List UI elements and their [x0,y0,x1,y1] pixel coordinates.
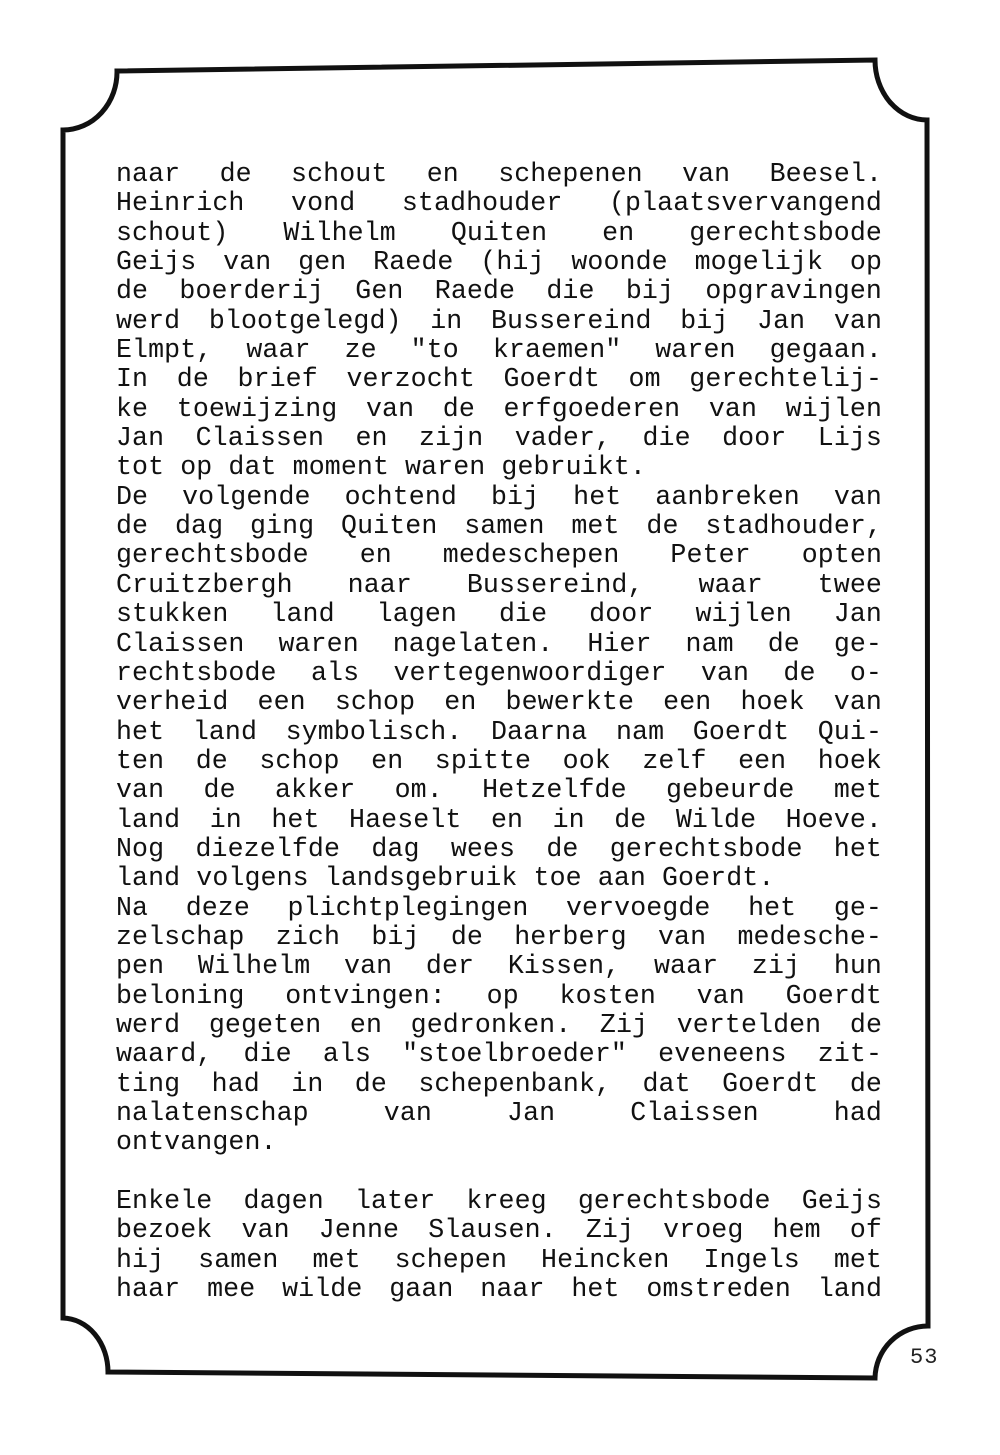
text-line: land in het Haeselt en in de Wilde Hoeve… [116,806,882,835]
text-line: tot op dat moment waren gebruikt. [116,453,882,482]
text-line: Cruitzbergh naar Bussereind, waar twee [116,571,882,600]
text-line: Elmpt, waar ze "to kraemen" waren gegaan… [116,336,882,365]
text-line: ting had in de schepenbank, dat Goerdt d… [116,1070,882,1099]
text-line: verheid een schop en bewerkte een hoek v… [116,688,882,717]
text-line: Jan Claissen en zijn vader, die door Lij… [116,424,882,453]
text-line: naar de schout en schepenen van Beesel. [116,160,882,189]
blank-line [116,1158,882,1187]
text-line: Geijs van gen Raede (hij woonde mogelijk… [116,248,882,277]
text-line: waard, die als "stoelbroeder" eveneens z… [116,1040,882,1069]
text-line: bezoek van Jenne Slausen. Zij vroeg hem … [116,1216,882,1245]
text-line: Heinrich vond stadhouder (plaatsvervange… [116,189,882,218]
text-line: ontvangen. [116,1128,882,1157]
text-line: van de akker om. Hetzelfde gebeurde met [116,776,882,805]
text-line: land volgens landsgebruik toe aan Goerdt… [116,864,882,893]
text-line: zelschap zich bij de herberg van medesch… [116,923,882,952]
text-line: gerechtsbode en medeschepen Peter opten [116,541,882,570]
text-line: werd blootgelegd) in Bussereind bij Jan … [116,307,882,336]
text-line: hij samen met schepen Heincken Ingels me… [116,1246,882,1275]
text-line: werd gegeten en gedronken. Zij vertelden… [116,1011,882,1040]
text-line: de dag ging Quiten samen met de stadhoud… [116,512,882,541]
text-line: stukken land lagen die door wijlen Jan [116,600,882,629]
text-line: het land symbolisch. Daarna nam Goerdt Q… [116,718,882,747]
text-line: nalatenschap van Jan Claissen had [116,1099,882,1128]
page-number: 53 [910,1345,938,1370]
body-text: naar de schout en schepenen van Beesel.H… [116,160,882,1304]
text-line: haar mee wilde gaan naar het omstreden l… [116,1275,882,1304]
text-line: Nog diezelfde dag wees de gerechtsbode h… [116,835,882,864]
text-line: rechtsbode als vertegenwoordiger van de … [116,659,882,688]
text-line: Enkele dagen later kreeg gerechtsbode Ge… [116,1187,882,1216]
text-line: pen Wilhelm van der Kissen, waar zij hun [116,952,882,981]
text-line: schout) Wilhelm Quiten en gerechtsbode [116,219,882,248]
text-line: ke toewijzing van de erfgoederen van wij… [116,395,882,424]
text-line: Na deze plichtplegingen vervoegde het ge… [116,894,882,923]
text-line: In de brief verzocht Goerdt om gerechtel… [116,365,882,394]
text-line: Claissen waren nagelaten. Hier nam de ge… [116,630,882,659]
text-line: de boerderij Gen Raede die bij opgraving… [116,277,882,306]
text-line: De volgende ochtend bij het aanbreken va… [116,483,882,512]
text-line: beloning ontvingen: op kosten van Goerdt [116,982,882,1011]
text-line: ten de schop en spitte ook zelf een hoek [116,747,882,776]
